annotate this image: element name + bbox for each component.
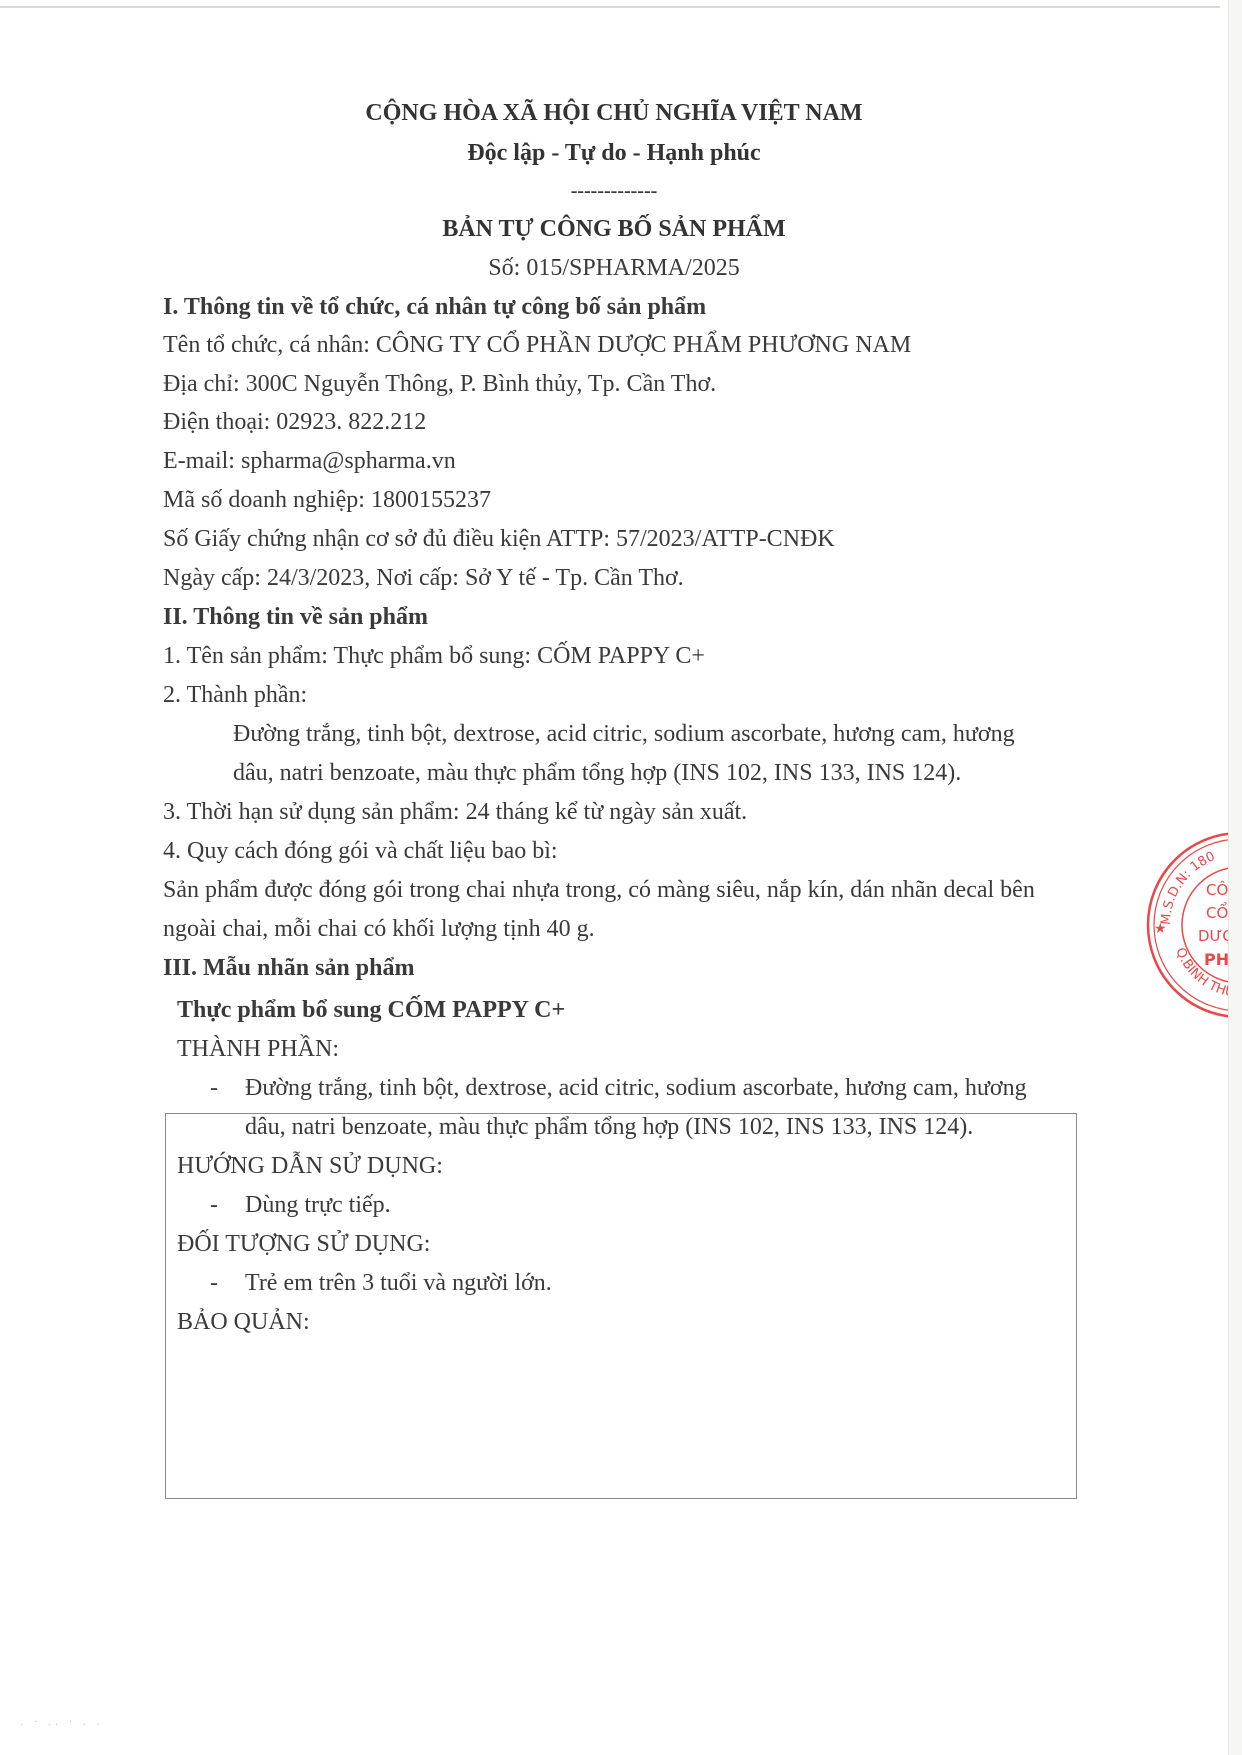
national-title: CỘNG HÒA XÃ HỘI CHỦ NGHĨA VIỆT NAM	[0, 98, 1228, 128]
packaging-line-2: ngoài chai, mỗi chai có khối lượng tịnh …	[163, 914, 595, 944]
section2-heading: II. Thông tin về sản phẩm	[163, 602, 428, 632]
svg-text:CỔ: CỔ	[1206, 901, 1228, 922]
section3-heading: III. Mẫu nhãn sản phẩm	[163, 953, 414, 983]
label-usage-heading: HƯỚNG DẪN SỬ DỤNG:	[177, 1151, 443, 1181]
section1-heading: I. Thông tin về tổ chức, cá nhân tự công…	[163, 292, 706, 322]
label-target-heading: ĐỐI TƯỢNG SỬ DỤNG:	[177, 1229, 430, 1259]
document-title: BẢN TỰ CÔNG BỐ SẢN PHẨM	[0, 214, 1228, 244]
scan-edge-line	[0, 6, 1220, 8]
org-address: Địa chỉ: 300C Nguyễn Thông, P. Bình thủy…	[163, 369, 716, 399]
org-business-code: Mã số doanh nghiệp: 1800155237	[163, 485, 491, 515]
org-phone: Điện thoại: 02923. 822.212	[163, 407, 426, 437]
svg-text:★: ★	[1154, 921, 1167, 937]
label-storage-heading: BẢO QUẢN:	[177, 1307, 310, 1337]
header-divider: -------------	[0, 176, 1228, 206]
org-name: Tên tổ chức, cá nhân: CÔNG TY CỔ PHẦN DƯ…	[163, 330, 911, 360]
bullet-dash: -	[210, 1190, 218, 1220]
label-ingredients-heading: THÀNH PHẦN:	[177, 1034, 339, 1064]
packaging-label: 4. Quy cách đóng gói và chất liệu bao bì…	[163, 836, 558, 866]
label-ingredients-line-2: dâu, natri benzoate, màu thực phẩm tổng …	[245, 1112, 973, 1142]
scan-edge-strip	[1228, 0, 1242, 1755]
bullet-dash: -	[210, 1073, 218, 1103]
org-email: E-mail: spharma@spharma.vn	[163, 446, 456, 476]
label-usage-item: Dùng trực tiếp.	[245, 1190, 391, 1220]
org-issue-info: Ngày cấp: 24/3/2023, Nơi cấp: Sở Y tế - …	[163, 563, 684, 593]
product-name: 1. Tên sản phẩm: Thực phẩm bổ sung: CỐM …	[163, 641, 705, 671]
label-target-item: Trẻ em trên 3 tuổi và người lớn.	[245, 1268, 552, 1298]
ingredients-line-2: dâu, natri benzoate, màu thực phẩm tổng …	[233, 758, 961, 788]
packaging-line-1: Sản phẩm được đóng gói trong chai nhựa t…	[163, 875, 1035, 905]
motto: Độc lập - Tự do - Hạnh phúc	[0, 138, 1228, 168]
label-ingredients-line-1: Đường trắng, tinh bột, dextrose, acid ci…	[245, 1073, 1027, 1103]
document-page: CỘNG HÒA XÃ HỘI CHỦ NGHĨA VIỆT NAM Độc l…	[0, 0, 1228, 1755]
document-number: Số: 015/SPHARMA/2025	[0, 253, 1228, 283]
ingredients-line-1: Đường trắng, tinh bột, dextrose, acid ci…	[233, 719, 1015, 749]
shelf-life: 3. Thời hạn sử dụng sản phẩm: 24 tháng k…	[163, 797, 747, 827]
scan-specks: · ˙ ·· ˙ · ·	[20, 1720, 150, 1740]
ingredients-label: 2. Thành phần:	[163, 680, 307, 710]
company-stamp-icon: M.S.D.N: 180 Q.BÌNH THỦ ★ CÔ CỔ DƯỢ PHƯ	[1140, 825, 1242, 1025]
svg-text:CÔ: CÔ	[1206, 880, 1228, 899]
org-certificate: Số Giấy chứng nhận cơ sở đủ điều kiện AT…	[163, 524, 835, 554]
label-title: Thực phẩm bổ sung CỐM PAPPY C+	[177, 995, 565, 1025]
bullet-dash: -	[210, 1268, 218, 1298]
